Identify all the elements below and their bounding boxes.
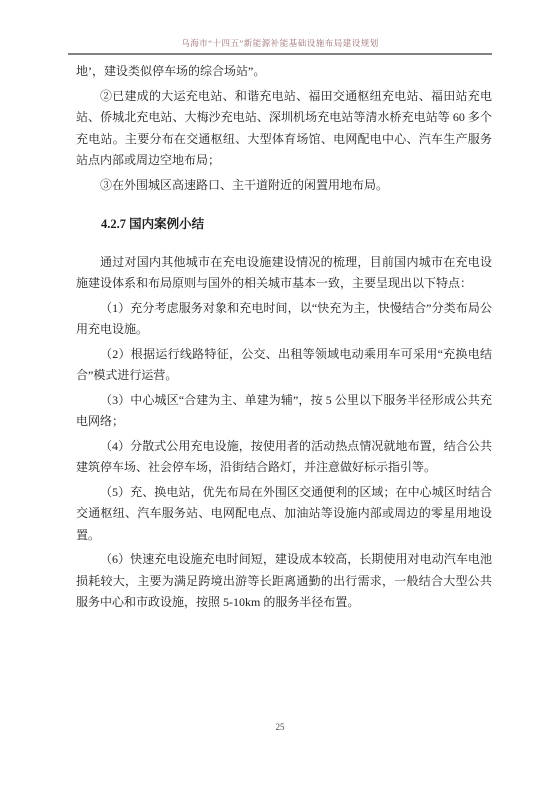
page-footer: 25 [0, 721, 560, 733]
paragraph: （3）中心城区“合建为主、单建为辅”，按 5 公里以下服务半径形成公共充电网络； [76, 390, 492, 433]
paragraph: （6）快速充电设施充电时间短，建设成本较高，长期使用对电动汽车电池损耗较大，主要… [76, 549, 492, 614]
paragraph: （1）充分考虑服务对象和充电时间，以“快充为主，快慢结合”分类布局公用充电设施。 [76, 298, 492, 341]
paragraph: 通过对国内其他城市在充电设施建设情况的梳理，目前国内城市在充电设施建设体系和布局… [76, 252, 492, 295]
section-heading: 4.2.7 国内案例小结 [76, 214, 492, 236]
document-page: 乌海市“十四五”新能源补能基础设施布局建设规划 地’，建设类似停车场的综合场站”… [0, 0, 560, 791]
paragraph: （4）分散式公用充电设施，按使用者的活动热点情况就地布置，结合公共建筑停车场、社… [76, 436, 492, 479]
paragraph-continuation: 地’，建设类似停车场的综合场站”。 [76, 61, 492, 83]
page-body: 地’，建设类似停车场的综合场站”。 ②已建成的大运充电站、和谐充电站、福田交通枢… [76, 61, 492, 617]
paragraph: ③在外围城区高速路口、主干道附近的闲置用地布局。 [76, 175, 492, 197]
page-number: 25 [276, 722, 285, 732]
page-header: 乌海市“十四五”新能源补能基础设施布局建设规划 [68, 37, 492, 55]
page-header-title: 乌海市“十四五”新能源补能基础设施布局建设规划 [181, 38, 379, 48]
paragraph: （2）根据运行线路特征，公交、出租等领域电动乘用车可采用“充换电结合”模式进行运… [76, 344, 492, 387]
paragraph: （5）充、换电站，优先布局在外围区交通便利的区域；在中心城区时结合交通枢纽、汽车… [76, 482, 492, 547]
paragraph: ②已建成的大运充电站、和谐充电站、福田交通枢纽充电站、福田站充电站、侨城北充电站… [76, 86, 492, 172]
